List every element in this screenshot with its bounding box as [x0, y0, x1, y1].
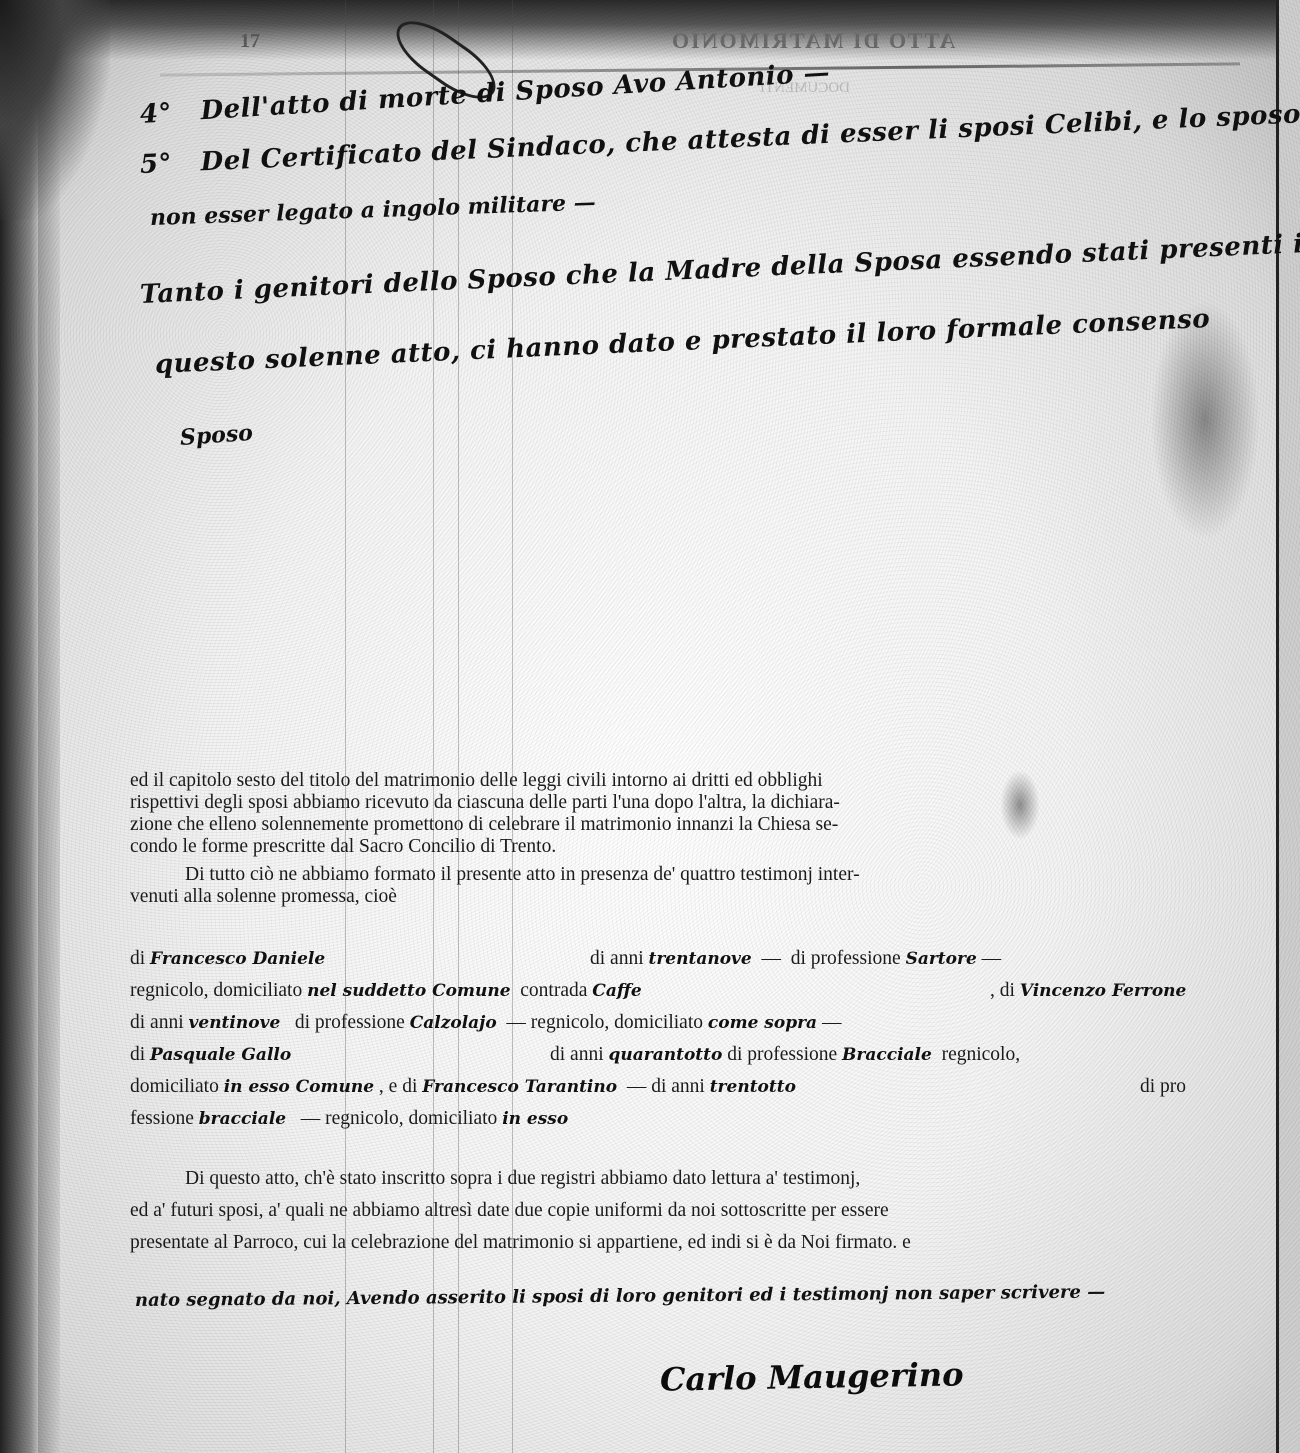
- printed-line: zione che elleno solennemente promettono…: [130, 814, 838, 836]
- label-regnicolo-domiciliato: regnicolo, domiciliato: [531, 1012, 703, 1033]
- note-marker: 5°: [139, 149, 172, 180]
- label-contrada: contrada: [520, 980, 587, 1001]
- witness-3-age: quarantotto: [609, 1045, 723, 1065]
- label-di-pro: di pro: [1140, 1076, 1186, 1098]
- label-regnicolo: regnicolo,: [942, 1044, 1021, 1065]
- witness-2-domicile: come sopra: [708, 1013, 817, 1033]
- note-marker: 4°: [139, 98, 173, 130]
- witness-4-profession: bracciale: [199, 1109, 286, 1129]
- witness-line-4: di Pasquale Gallo: [130, 1044, 291, 1066]
- label-fessione: fessione: [130, 1108, 194, 1129]
- page-number: 17: [240, 30, 260, 53]
- page-right-edge: [1276, 0, 1279, 1453]
- printed-line: ed a' futuri sposi, a' quali ne abbiamo …: [130, 1200, 889, 1222]
- page-curl-shadow: [0, 0, 110, 220]
- handwritten-note-line: Sposo: [179, 420, 254, 451]
- label-domiciliato: domiciliato: [130, 1076, 219, 1097]
- label-e-di: , e di: [379, 1076, 417, 1097]
- adjacent-page-strip: [1279, 0, 1300, 1453]
- official-signature: Carlo Maugerino: [660, 1355, 964, 1398]
- label-regnicolo-domiciliato: — regnicolo, domiciliato: [301, 1108, 498, 1129]
- label-di-anni: di anni: [130, 1012, 184, 1033]
- witness-4-name: Francesco Tarantino: [422, 1077, 617, 1097]
- witness-1-street: Caffe: [592, 981, 641, 1001]
- witness-line-6: fessione bracciale — regnicolo, domicili…: [130, 1108, 568, 1130]
- witness-2-intro: , di Vincenzo Ferrone: [990, 980, 1186, 1002]
- printed-line: presentate al Parroco, cui la celebrazio…: [130, 1232, 911, 1254]
- witness-line-3: di anni ventinove di professione Calzola…: [130, 1012, 841, 1034]
- witness-3-name: Pasquale Gallo: [150, 1045, 291, 1065]
- printed-line: rispettivi degli sposi abbiamo ricevuto …: [130, 792, 840, 814]
- label-di: di: [130, 948, 145, 969]
- top-shadow: [0, 0, 1300, 60]
- printed-line: venuti alla solenne promessa, cioè: [130, 886, 397, 908]
- witness-3-domicile: in esso Comune: [224, 1077, 374, 1097]
- scanned-page: 17 ATTO DI MATRIMONIO DOCUMENTI 4° Dell'…: [0, 0, 1300, 1453]
- witness-1-age: trentanove: [649, 949, 752, 969]
- witness-1-domicile: nel suddetto Comune: [307, 981, 510, 1001]
- witness-4-age: trentotto: [710, 1077, 796, 1097]
- printed-line: Di questo atto, ch'è stato inscritto sop…: [185, 1168, 860, 1190]
- label-di-professione: di professione: [295, 1012, 405, 1033]
- printed-line: ed il capitolo sesto del titolo del matr…: [130, 770, 823, 792]
- label-di-professione: di professione: [727, 1044, 837, 1065]
- witness-3-profession: Bracciale: [842, 1045, 932, 1065]
- label-di-anni: di anni: [651, 1076, 705, 1097]
- label-di-anni: di anni: [550, 1044, 604, 1065]
- printed-line: Di tutto ciò ne abbiamo formato il prese…: [185, 864, 860, 886]
- printed-line: condo le forme prescritte dal Sacro Conc…: [130, 836, 556, 858]
- mirrored-header-title: ATTO DI MATRIMONIO: [670, 28, 955, 54]
- label-regnicolo-domiciliato: regnicolo, domiciliato: [130, 980, 302, 1001]
- label-comma-di: , di: [990, 980, 1015, 1001]
- witness-2-age: ventinove: [189, 1013, 281, 1033]
- witness-4-domicile: in esso: [502, 1109, 568, 1129]
- ink-stain: [1150, 300, 1260, 540]
- label-di-anni: di anni: [590, 948, 644, 969]
- witness-2-profession: Calzolajo: [410, 1013, 497, 1033]
- witness-3-details: di anni quarantotto di professione Bracc…: [550, 1044, 1020, 1066]
- note-text: Dell'atto di morte di Sposo Avo Antonio …: [200, 58, 831, 126]
- witness-line-5: domiciliato in esso Comune , e di France…: [130, 1076, 796, 1098]
- handwritten-note-line: Tanto i genitori dello Sposo che la Madr…: [139, 228, 1300, 310]
- witness-1-profession: Sartore: [906, 949, 977, 969]
- page-gutter: [38, 80, 60, 1453]
- witness-1-name: Francesco Daniele: [150, 949, 325, 969]
- label-di: di: [130, 1044, 145, 1065]
- witness-2-name: Vincenzo Ferrone: [1020, 981, 1187, 1001]
- witness-1-age-field: di anni trentanove — di professione Sart…: [590, 948, 1001, 970]
- label-di-professione: di professione: [791, 948, 901, 969]
- ink-blot: [1000, 770, 1040, 840]
- handwritten-note-line: non esser legato a ingolo militare —: [150, 189, 596, 231]
- handwritten-note-line: questo solenne atto, ci hanno dato e pre…: [154, 304, 1210, 380]
- witness-line-2: regnicolo, domiciliato nel suddetto Comu…: [130, 980, 642, 1002]
- witness-line-1: di Francesco Daniele: [130, 948, 325, 970]
- handwritten-closing-note: nato segnato da noi, Avendo asserito li …: [135, 1282, 1105, 1311]
